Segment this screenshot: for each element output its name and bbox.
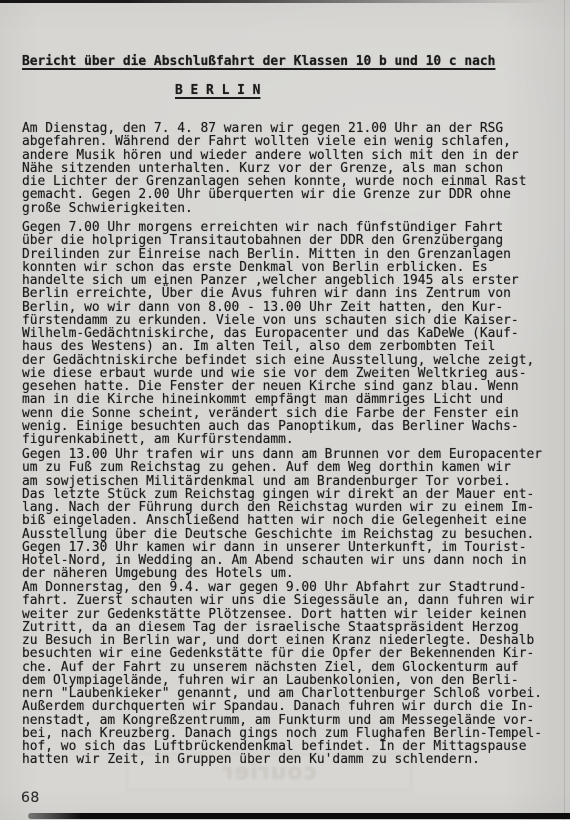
scan-bottom-edge-shadow <box>28 813 570 819</box>
show-through-stamp: courier <box>126 753 412 791</box>
scan-top-edge-shadow <box>0 0 570 3</box>
report-title-line1: Bericht über die Abschlußfahrt der Klass… <box>22 55 495 69</box>
show-through-stamp-text: courier <box>222 760 317 785</box>
paragraph-arrival-kurfuerstendamm: Gegen 7.00 Uhr morgens erreichten wir na… <box>22 221 534 446</box>
scan-right-edge-shadow <box>564 0 566 820</box>
paragraph-reichstag-afternoon: Gegen 13.00 Uhr trafen wir uns dann am B… <box>22 448 542 581</box>
paragraph-outbound-journey: Am Dienstag, den 7. 4. 87 waren wir gege… <box>22 122 526 215</box>
paragraph-city-tour-thursday: Am Donnerstag, den 9.4. war gegen 9.00 U… <box>22 581 542 767</box>
report-title-line2: B E R L I N <box>175 84 260 98</box>
scanned-page: Bericht über die Abschlußfahrt der Klass… <box>0 0 570 820</box>
page-number: 68 <box>21 790 40 806</box>
